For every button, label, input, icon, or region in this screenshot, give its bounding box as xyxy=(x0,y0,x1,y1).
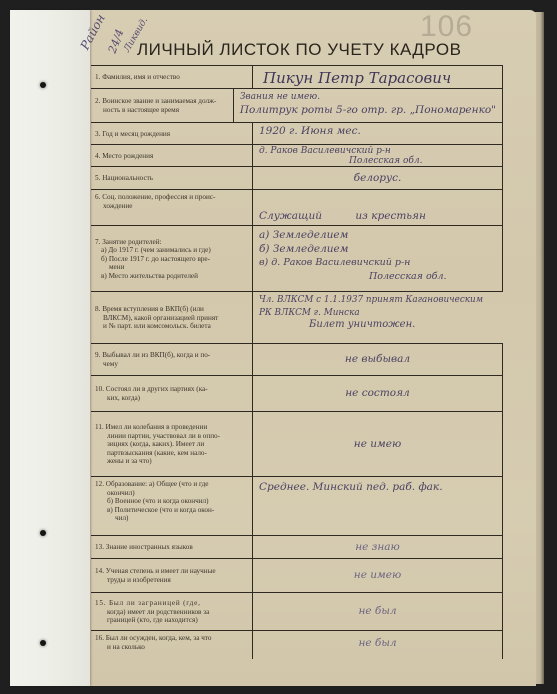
field-answer: Среднее. Минский пед. раб. фак. xyxy=(253,477,503,535)
field-answer: не имею xyxy=(253,412,503,476)
archive-page-number: 106 xyxy=(420,10,473,44)
field-label: 13. Знание иностранных языков xyxy=(91,536,253,558)
field-answer: не знаю xyxy=(253,536,503,558)
field-label: 9. Выбывал ли из ВКП(б), когда и по-чему xyxy=(91,344,253,375)
form-row-abroad: 15. Был ли заграницей (где, когда) имеет… xyxy=(91,593,503,631)
field-answer: не выбывал xyxy=(253,344,503,375)
form-row-social-status: 6. Соц. положение, профессия и проис-хож… xyxy=(91,190,503,226)
field-label: 14. Ученая степень и имеет ли научныетру… xyxy=(91,559,253,592)
field-answer: белорус. xyxy=(253,167,503,189)
form-row-nationality: 5. Национальность белорус. xyxy=(91,167,503,190)
field-label: 2. Воинское звание и занимаемая долж-нос… xyxy=(91,89,234,122)
field-label: 5. Национальность xyxy=(91,167,253,189)
field-label: 6. Соц. положение, профессия и проис-хож… xyxy=(91,190,253,225)
form-row-foreign-languages: 13. Знание иностранных языков не знаю xyxy=(91,536,503,559)
form-row-education: 12. Образование: а) Общее (что и где око… xyxy=(91,477,503,536)
field-label: 3. Год и месяц рождения xyxy=(91,123,253,144)
form-row-academic-degree: 14. Ученая степень и имеет ли научныетру… xyxy=(91,559,503,593)
field-answer: Пикун Петр Тарасович xyxy=(253,66,503,88)
form-row-birthplace: 4. Место рождения д. Раков Василевичский… xyxy=(91,145,503,167)
field-label: 16. Был ли осужден, когда, кем, за чтои … xyxy=(91,631,253,659)
form-row-party-membership: 8. Время вступления в ВКП(б) (или ВЛКСМ)… xyxy=(91,292,503,344)
punch-hole xyxy=(40,640,46,646)
punch-hole xyxy=(40,530,46,536)
field-answer: не имею xyxy=(253,559,503,592)
form-row-rank-position: 2. Воинское звание и занимаемая долж-нос… xyxy=(91,89,503,123)
form-row-convictions: 16. Был ли осужден, когда, кем, за чтои … xyxy=(91,631,503,659)
field-answer: не был xyxy=(253,593,503,630)
form-row-left-party: 9. Выбывал ли из ВКП(б), когда и по-чему… xyxy=(91,344,503,376)
field-label: 10. Состоял ли в других партиях (ка-ких,… xyxy=(91,376,253,411)
form-row-other-parties: 10. Состоял ли в других партиях (ка-ких,… xyxy=(91,376,503,412)
field-answer: Чл. ВЛКСМ с 1.1.1937 принят Кагановическ… xyxy=(253,292,503,343)
form-row-birth-date: 3. Год и месяц рождения 1920 г. Июня мес… xyxy=(91,123,503,145)
field-answer: Звания не имею. Политрук роты 5-го отр. … xyxy=(234,89,503,122)
form-row-parents-occupation: 7. Занятие родителей: а) До 1917 г. (чем… xyxy=(91,226,503,292)
form-row-deviations-penalties: 11. Имел ли колебания в проведении линии… xyxy=(91,412,503,477)
document-title: ЛИЧНЫЙ ЛИСТОК ПО УЧЕТУ КАДРОВ xyxy=(137,40,461,60)
form-row-full-name: 1. Фамилия, имя и отчество Пикун Петр Та… xyxy=(91,66,503,89)
field-label: 15. Был ли заграницей (где, когда) имеет… xyxy=(91,593,253,630)
binding-strip xyxy=(10,10,90,686)
field-label: 7. Занятие родителей: а) До 1917 г. (чем… xyxy=(91,226,253,291)
field-answer: 1920 г. Июня мес. xyxy=(253,123,503,144)
field-label: 4. Место рождения xyxy=(91,145,253,166)
field-answer: д. Раков Василевичский р-н Полесская обл… xyxy=(253,145,503,166)
field-label: 11. Имел ли колебания в проведении линии… xyxy=(91,412,253,476)
field-label: 8. Время вступления в ВКП(б) (или ВЛКСМ)… xyxy=(91,292,253,343)
field-label: 12. Образование: а) Общее (что и где око… xyxy=(91,477,253,535)
punch-hole xyxy=(40,82,46,88)
field-answer: не был xyxy=(253,631,503,659)
field-answer: а) Земледелием б) Земледелием в) д. Рако… xyxy=(253,226,503,291)
personnel-form-table: 1. Фамилия, имя и отчество Пикун Петр Та… xyxy=(91,65,503,659)
field-label: 1. Фамилия, имя и отчество xyxy=(91,66,253,88)
field-answer: не состоял xyxy=(253,376,503,411)
field-answer: Служащий из крестьян xyxy=(253,190,503,225)
